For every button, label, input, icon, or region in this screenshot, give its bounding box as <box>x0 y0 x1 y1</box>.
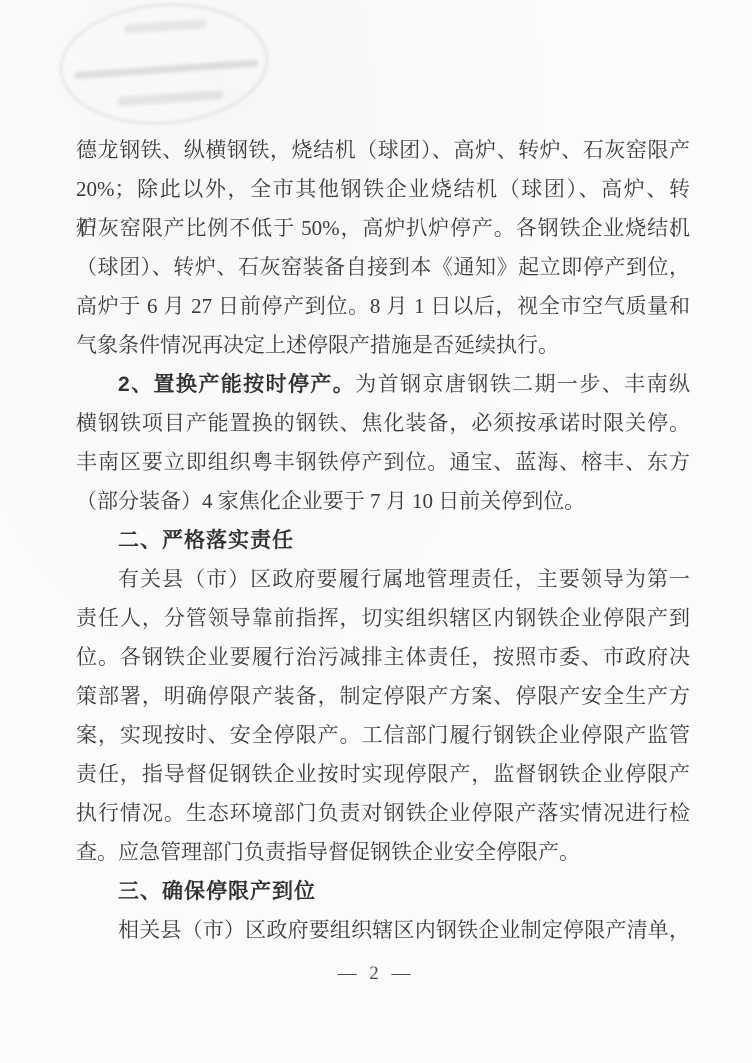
text-line: （部分装备）4 家焦化企业要于 7 月 10 日前关停到位。 <box>76 482 690 521</box>
seal-smear <box>75 60 259 80</box>
text-line: 高炉于 6 月 27 日前停产到位。8 月 1 日以后，视全市空气质量和 <box>76 287 690 326</box>
ghost-seal-icon <box>56 0 272 131</box>
section-heading-3: 三、确保停限产到位 <box>76 872 690 911</box>
text-line: 案，实现按时、安全停限产。工信部门履行钢铁企业停限产监管 <box>76 716 690 755</box>
paragraph-limit-production: 德龙钢铁、纵横钢铁，烧结机（球团）、高炉、转炉、石灰窑限产 20%；除此以外，全… <box>76 131 690 365</box>
text-line: （球团）、转炉、石灰窑装备自接到本《通知》起立即停产到位， <box>76 248 690 287</box>
seal-smear <box>124 19 206 34</box>
text-line: 丰南区要立即组织粤丰钢铁停产到位。通宝、蓝海、榕丰、东方 <box>76 443 690 482</box>
text-line: 查。应急管理部门负责指导督促钢铁企业安全停限产。 <box>76 833 690 872</box>
text-line: 策部署，明确停限产装备，制定停限产方案、停限产安全生产方 <box>76 677 690 716</box>
text-line: 气象条件情况再决定上述停限产措施是否延续执行。 <box>76 326 690 365</box>
document-body: 德龙钢铁、纵横钢铁，烧结机（球团）、高炉、转炉、石灰窑限产 20%；除此以外，全… <box>76 131 690 950</box>
paragraph-ensure-shutdown: 相关县（市）区政府要组织辖区内钢铁企业制定停限产清单， <box>76 911 690 950</box>
document-page: 德龙钢铁、纵横钢铁，烧结机（球团）、高炉、转炉、石灰窑限产 20%；除此以外，全… <box>0 0 752 1063</box>
paragraph-responsibilities: 有关县（市）区政府要履行属地管理责任，主要领导为第一 责任人，分管领导靠前指挥，… <box>76 560 690 872</box>
item-2-lead: 2、置换产能按时停产。 <box>118 373 355 396</box>
text-line: 2、置换产能按时停产。为首钢京唐钢铁二期一步、丰南纵 <box>76 365 690 404</box>
item-2-lead-rest: 为首钢京唐钢铁二期一步、丰南纵 <box>355 372 690 396</box>
text-line: 责任人，分管领导靠前指挥，切实组织辖区内钢铁企业停限产到 <box>76 599 690 638</box>
section-heading-2: 二、严格落实责任 <box>76 521 690 560</box>
text-line: 执行情况。生态环境部门负责对钢铁企业停限产落实情况进行检 <box>76 794 690 833</box>
text-line: 20%；除此以外，全市其他钢铁企业烧结机（球团）、高炉、转炉、 <box>76 170 690 209</box>
text-line: 石灰窑限产比例不低于 50%，高炉扒炉停产。各钢铁企业烧结机 <box>76 209 690 248</box>
text-line: 位。各钢铁企业要履行治污减排主体责任，按照市委、市政府决 <box>76 638 690 677</box>
text-line: 责任，指导督促钢铁企业按时实现停限产，监督钢铁企业停限产 <box>76 755 690 794</box>
paragraph-capacity-replacement: 2、置换产能按时停产。为首钢京唐钢铁二期一步、丰南纵 横钢铁项目产能置换的钢铁、… <box>76 365 690 521</box>
text-line: 横钢铁项目产能置换的钢铁、焦化装备，必须按承诺时限关停。 <box>76 404 690 443</box>
page-number: — 2 — <box>0 963 752 985</box>
text-line: 相关县（市）区政府要组织辖区内钢铁企业制定停限产清单， <box>76 911 690 950</box>
text-line: 有关县（市）区政府要履行属地管理责任，主要领导为第一 <box>76 560 690 599</box>
seal-smear <box>117 90 223 106</box>
text-line: 德龙钢铁、纵横钢铁，烧结机（球团）、高炉、转炉、石灰窑限产 <box>76 131 690 170</box>
